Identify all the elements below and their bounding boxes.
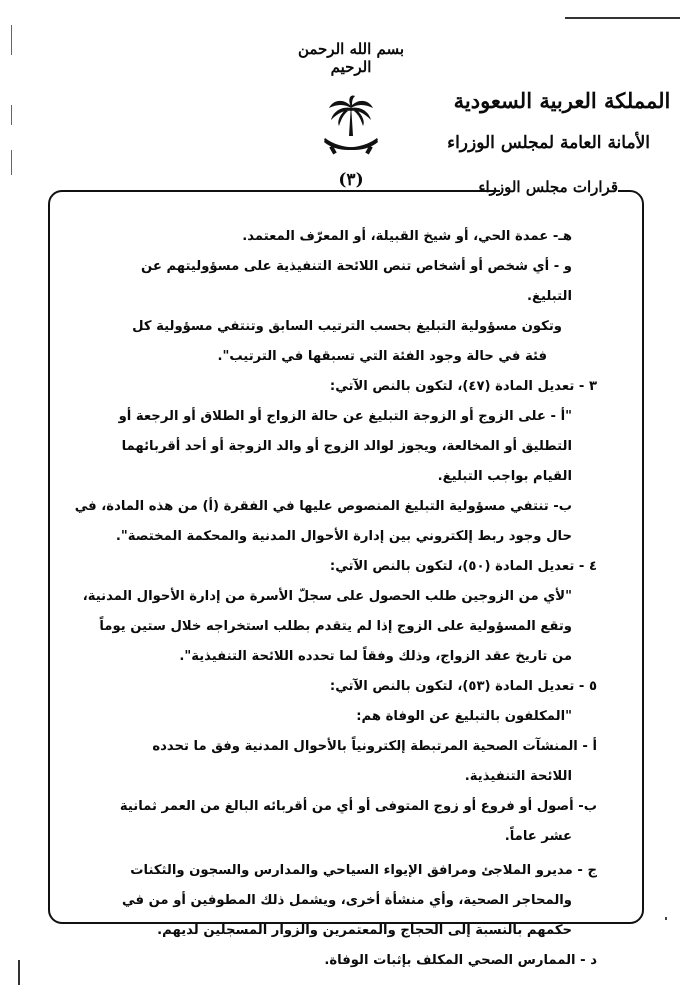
clause-w: و - أي شخص أو أشخاص تنص اللائحة التنفيذي…	[62, 252, 632, 282]
clause-h: هـ- عمدة الحي، أو شيخ القبيلة، أو المعرّ…	[62, 222, 632, 252]
article-50-text: "لأي من الزوجين طلب الحصول على سجلّ الأس…	[62, 582, 632, 612]
article-53-a-cont: اللائحة التنفيذية.	[62, 762, 632, 792]
amendment-50-heading: ٤ - تعديل المادة (٥٠)، لتكون بالنص الآتي…	[62, 552, 632, 582]
scan-speck	[665, 917, 667, 920]
page-number: (٣)	[325, 170, 377, 190]
header-secretariat: الأمانة العامة لمجلس الوزراء	[470, 133, 650, 153]
article-53-d: د - الممارس الصحي المكلف بإثبات الوفاة.	[62, 946, 632, 976]
article-53-a: أ - المنشآت الصحية المرتبطة إلكترونياً ب…	[62, 732, 632, 762]
article-53-c-cont: حكمهم بالنسبة إلى الحجاج والمعتمرين والز…	[62, 916, 632, 946]
margin-mark	[11, 25, 12, 55]
margin-mark	[11, 150, 12, 175]
top-scan-rule	[565, 17, 680, 19]
amendment-53-heading: ٥ - تعديل المادة (٥٣)، لتكون بالنص الآتي…	[62, 672, 632, 702]
margin-mark	[18, 960, 20, 985]
article-47-a: "أ - على الزوج أو الزوجة التبليغ عن حالة…	[62, 402, 632, 432]
amendment-47-heading: ٣ - تعديل المادة (٤٧)، لتكون بالنص الآتي…	[62, 372, 632, 402]
article-47-b-cont: حال وجود ربط إلكتروني بين إدارة الأحوال …	[62, 522, 632, 552]
article-47-a-cont: القيام بواجب التبليغ.	[62, 462, 632, 492]
order-paragraph: وتكون مسؤولية التبليغ بحسب الترتيب الساب…	[62, 312, 632, 342]
header-decisions: قرارات مجلس الوزراء	[500, 178, 618, 196]
bismillah: بسم الله الرحمن الرحيم	[295, 40, 407, 76]
article-53-c-cont: والمحاجر الصحية، وأي منشأة أخرى، ويشمل ذ…	[62, 886, 632, 916]
palm-and-swords-emblem-icon	[315, 92, 387, 164]
article-50-text-cont: من تاريخ عقد الزواج، وذلك وفقاً لما تحدد…	[62, 642, 632, 672]
article-53-c: ج - مديرو الملاجئ ومرافق الإيواء السياحي…	[62, 856, 632, 886]
article-47-b: ب- تنتفي مسؤولية التبليغ المنصوص عليها ف…	[62, 492, 632, 522]
article-50-text-cont: وتقع المسؤولية على الزوج إذا لم يتقدم بط…	[62, 612, 632, 642]
margin-mark	[11, 105, 12, 125]
order-paragraph-cont: فئة في حالة وجود الفئة التي تسبقها في ال…	[62, 342, 632, 372]
article-47-a-cont: التطليق أو المخالعة، ويجوز لوالد الزوج أ…	[62, 432, 632, 462]
article-53-b: ب- أصول أو فروع أو زوج المتوفى أو أي من …	[62, 792, 632, 822]
header-kingdom: المملكة العربية السعودية	[452, 88, 672, 113]
article-53-intro: "المكلفون بالتبليغ عن الوفاة هم:	[62, 702, 632, 732]
clause-w-cont: التبليغ.	[62, 282, 632, 312]
article-53-b-cont: عشر عاماً.	[62, 822, 632, 852]
document-body: هـ- عمدة الحي، أو شيخ القبيلة، أو المعرّ…	[62, 222, 632, 976]
